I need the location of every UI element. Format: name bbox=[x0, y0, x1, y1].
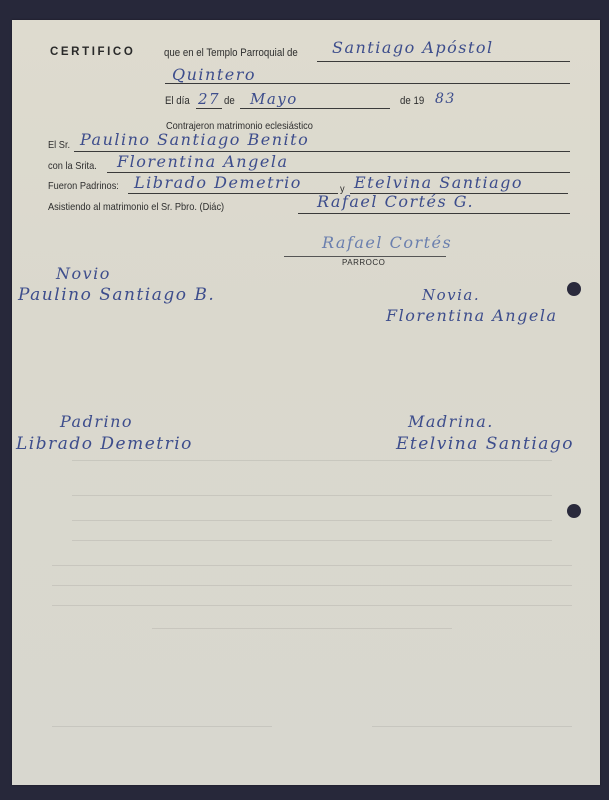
bleed-through-line bbox=[72, 495, 552, 496]
month-de-label: de bbox=[224, 95, 235, 107]
bleed-through-line bbox=[52, 726, 272, 727]
day-value: 27 bbox=[198, 90, 220, 108]
bride-name: Florentina Angela bbox=[117, 152, 288, 171]
certificate-title: CERTIFICO bbox=[50, 46, 135, 58]
bride-sign-label: Novia. bbox=[422, 286, 480, 304]
godfather-name: Librado Demetrio bbox=[134, 173, 302, 192]
punch-hole bbox=[567, 282, 581, 296]
certificate-paper: CERTIFICO que en el Templo Parroquial de… bbox=[12, 20, 600, 785]
parish-name: Santiago Apóstol bbox=[332, 38, 494, 57]
bleed-through-line bbox=[152, 628, 452, 629]
bride-label: con la Srita. bbox=[48, 160, 97, 172]
bride-sign-name: Florentina Angela bbox=[386, 306, 557, 325]
bleed-through-line bbox=[72, 520, 552, 521]
year-label: de 19 bbox=[400, 95, 424, 107]
groom-name: Paulino Santiago Benito bbox=[80, 130, 309, 149]
godmother-name: Etelvina Santiago bbox=[354, 173, 523, 192]
godfather-line bbox=[128, 193, 338, 194]
bleed-through-line bbox=[72, 540, 552, 541]
temple-line bbox=[317, 61, 570, 62]
month-line bbox=[240, 108, 390, 109]
bleed-through-line bbox=[52, 565, 572, 566]
priest-label: PARROCO bbox=[342, 258, 385, 267]
day-line bbox=[196, 108, 222, 109]
temple-label: que en el Templo Parroquial de bbox=[164, 47, 298, 59]
groom-sign-label: Novio bbox=[56, 264, 111, 283]
bleed-through-line bbox=[372, 726, 572, 727]
day-label: El día bbox=[165, 95, 190, 107]
bleed-through-line bbox=[52, 585, 572, 586]
punch-hole bbox=[567, 504, 581, 518]
priest-signature: Rafael Cortés bbox=[322, 233, 452, 252]
godparents-label: Fueron Padrinos: bbox=[48, 180, 119, 192]
year-value: 83 bbox=[435, 91, 456, 107]
month-value: Mayo bbox=[250, 90, 298, 108]
officiant-name: Rafael Cortés G. bbox=[317, 192, 474, 211]
bleed-through-line bbox=[52, 605, 572, 606]
godmother-sign-label: Madrina. bbox=[408, 412, 494, 431]
godmother-sign-name: Etelvina Santiago bbox=[396, 434, 574, 454]
groom-label: El Sr. bbox=[48, 139, 70, 151]
groom-sign-name: Paulino Santiago B. bbox=[18, 285, 215, 305]
godfather-sign-label: Padrino bbox=[60, 412, 133, 431]
officiant-label: Asistiendo al matrimonio el Sr. Pbro. (D… bbox=[48, 201, 224, 213]
priest-signature-line bbox=[284, 256, 446, 257]
bleed-through-line bbox=[72, 460, 552, 461]
town-name: Quintero bbox=[172, 65, 256, 84]
officiant-line bbox=[298, 213, 570, 214]
godfather-sign-name: Librado Demetrio bbox=[16, 434, 193, 454]
